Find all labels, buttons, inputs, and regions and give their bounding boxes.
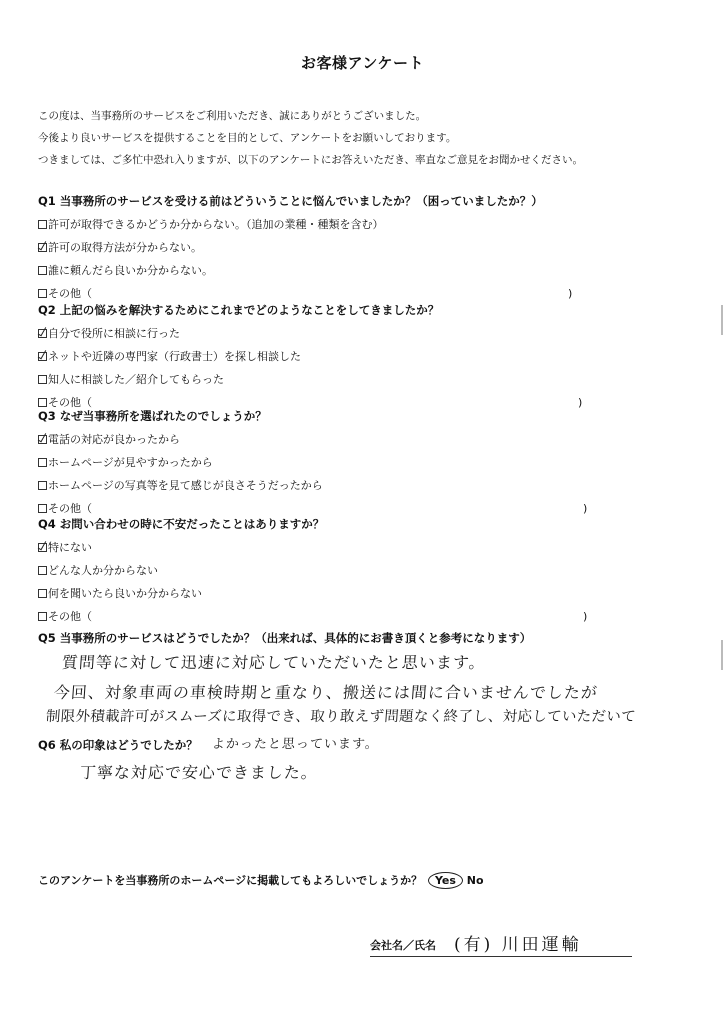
- option-label: その他（: [48, 610, 92, 623]
- option[interactable]: 何を聞いたら良いか分からない: [38, 582, 324, 605]
- question-title: Q3 なぜ当事務所を選ばれたのでしょうか？: [38, 404, 323, 428]
- intro-line: つきましては、ご多忙中恐れ入りますが、以下のアンケートにお答えいただき、率直なご…: [38, 149, 583, 171]
- option[interactable]: どんな人か分からない: [38, 559, 324, 582]
- signature-label: 会社名／氏名: [370, 937, 436, 953]
- publish-consent: このアンケートを当事務所のホームページに掲載してもよろしいでしょうか？ Yes …: [38, 872, 484, 889]
- checkbox-icon[interactable]: [38, 481, 47, 490]
- option-label: 電話の対応が良かったから: [48, 433, 180, 446]
- checkbox-icon[interactable]: [38, 589, 47, 598]
- intro-text: この度は、当事務所のサービスをご利用いただき、誠にありがとうございました。 今後…: [38, 105, 583, 171]
- scan-artifact: [721, 640, 723, 670]
- paren-close: ): [578, 391, 582, 414]
- question-4: Q4 お問い合わせの時に不安だったことはありますか？ 特にない どんな人か分から…: [38, 512, 324, 628]
- intro-line: 今後より良いサービスを提供することを目的として、アンケートをお願いしております。: [38, 127, 583, 149]
- paren-close: ): [568, 282, 572, 305]
- option[interactable]: 許可の取得方法が分からない。: [38, 236, 543, 259]
- question-title: Q2 上記の悩みを解決するためにこれまでどのようなことをしてきましたか？: [38, 298, 439, 322]
- checkbox-icon[interactable]: [38, 612, 47, 621]
- option[interactable]: 知人に相談した／紹介してもらった: [38, 368, 439, 391]
- option[interactable]: 自分で役所に相談に行った: [38, 322, 439, 345]
- handwritten-answer-line: 制限外積載許可がスムーズに取得でき、取り敢えず問題なく終了し、対応していただいて: [45, 705, 636, 726]
- checkbox-checked-icon[interactable]: [38, 435, 47, 444]
- option-label: どんな人か分からない: [48, 564, 158, 577]
- consent-yes-option[interactable]: Yes: [428, 872, 463, 889]
- checkbox-checked-icon[interactable]: [38, 329, 47, 338]
- option[interactable]: ネットや近隣の専門家（行政書士）を探し相談した: [38, 345, 439, 368]
- question-title: Q4 お問い合わせの時に不安だったことはありますか？: [38, 512, 324, 536]
- handwritten-answer-line: 質問等に対して迅速に対応していただいたと思います。: [61, 650, 486, 673]
- handwritten-answer-inline: よかったと思っています。: [211, 733, 379, 752]
- option-label: ネットや近隣の専門家（行政書士）を探し相談した: [48, 350, 301, 363]
- question-3: Q3 なぜ当事務所を選ばれたのでしょうか？ 電話の対応が良かったから ホームペー…: [38, 404, 323, 520]
- option[interactable]: 誰に頼んだら良いか分からない。: [38, 259, 543, 282]
- checkbox-icon[interactable]: [38, 375, 47, 384]
- option-other[interactable]: その他（): [38, 605, 324, 628]
- option-label: 誰に頼んだら良いか分からない。: [48, 264, 213, 277]
- option[interactable]: ホームページの写真等を見て感じが良さそうだったから: [38, 474, 323, 497]
- checkbox-checked-icon[interactable]: [38, 543, 47, 552]
- option-label: 何を聞いたら良いか分からない: [48, 587, 202, 600]
- option-label: 知人に相談した／紹介してもらった: [48, 373, 224, 386]
- page-title: お客様アンケート: [0, 52, 725, 73]
- option[interactable]: 特にない: [38, 536, 324, 559]
- signature-value: (有) 川田運輸: [454, 930, 582, 955]
- handwritten-answer-line: 丁寧な対応で安心できました。: [79, 760, 319, 783]
- checkbox-checked-icon[interactable]: [38, 352, 47, 361]
- option[interactable]: 許可が取得できるかどうか分からない。（追加の業種・種類を含む）: [38, 213, 543, 236]
- checkbox-icon[interactable]: [38, 458, 47, 467]
- question-1: Q1 当事務所のサービスを受ける前はどういうことに悩んでいましたか？（困っていま…: [38, 189, 543, 305]
- paren-close: ): [583, 497, 587, 520]
- paren-close: ): [583, 605, 587, 628]
- option-label: ホームページが見やすかったから: [48, 456, 213, 469]
- option[interactable]: 電話の対応が良かったから: [38, 428, 323, 451]
- option-label: 許可の取得方法が分からない。: [48, 241, 202, 254]
- question-title: Q1 当事務所のサービスを受ける前はどういうことに悩んでいましたか？（困っていま…: [38, 189, 543, 213]
- option[interactable]: ホームページが見やすかったから: [38, 451, 323, 474]
- checkbox-icon[interactable]: [38, 289, 47, 298]
- option-label: ホームページの写真等を見て感じが良さそうだったから: [48, 479, 323, 492]
- question-2: Q2 上記の悩みを解決するためにこれまでどのようなことをしてきましたか？ 自分で…: [38, 298, 439, 414]
- question-title: Q6 私の印象はどうでしたか？: [38, 733, 198, 757]
- checkbox-checked-icon[interactable]: [38, 243, 47, 252]
- checkbox-icon[interactable]: [38, 566, 47, 575]
- consent-no-option[interactable]: No: [467, 874, 484, 887]
- consent-question: このアンケートを当事務所のホームページに掲載してもよろしいでしょうか？: [38, 874, 422, 887]
- handwritten-answer-line: 今回、対象車両の車検時期と重なり、搬送には間に合いませんでしたが: [53, 680, 599, 703]
- checkbox-icon[interactable]: [38, 266, 47, 275]
- question-title: Q5 当事務所のサービスはどうでしたか？（出来れば、具体的にお書き頂くと参考にな…: [38, 626, 531, 650]
- checkbox-icon[interactable]: [38, 220, 47, 229]
- question-6: Q6 私の印象はどうでしたか？: [38, 733, 198, 757]
- signature-line: 会社名／氏名 (有) 川田運輸: [370, 932, 632, 957]
- scan-artifact: [721, 305, 723, 335]
- intro-line: この度は、当事務所のサービスをご利用いただき、誠にありがとうございました。: [38, 105, 583, 127]
- option-label: 特にない: [48, 541, 92, 554]
- option-label: 自分で役所に相談に行った: [48, 327, 180, 340]
- question-5: Q5 当事務所のサービスはどうでしたか？（出来れば、具体的にお書き頂くと参考にな…: [38, 626, 531, 650]
- option-label: 許可が取得できるかどうか分からない。（追加の業種・種類を含む）: [48, 218, 384, 231]
